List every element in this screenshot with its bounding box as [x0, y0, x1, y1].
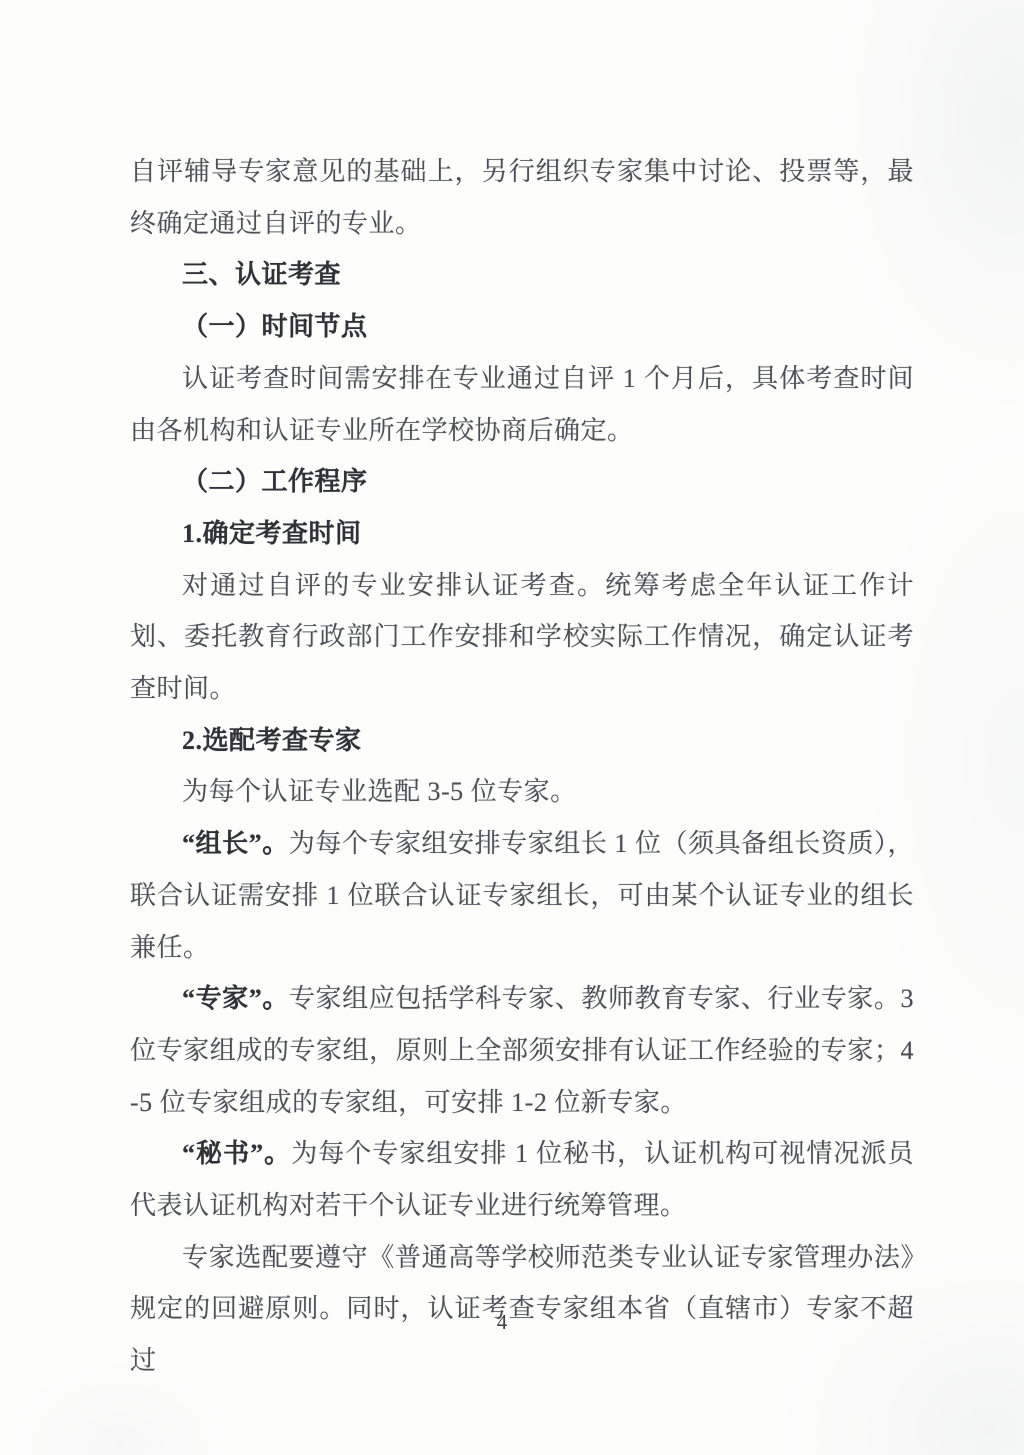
paragraph-term-secretary: “秘书”。为每个专家组安排 1 位秘书，认证机构可视情况派员代表认证机构对若干个…: [130, 1128, 914, 1231]
paragraph-term-group-leader: “组长”。为每个专家组安排专家组长 1 位（须具备组长资质），联合认证需安排 1…: [130, 818, 914, 973]
term-secretary: “秘书”。: [182, 1139, 291, 1168]
subsection-heading-2-work-procedure: （二）工作程序: [130, 456, 914, 508]
item-heading-2-select-experts: 2.选配考查专家: [130, 715, 914, 767]
document-page: 自评辅导专家意见的基础上，另行组织专家集中讨论、投票等，最终确定通过自评的专业。…: [0, 0, 1024, 1455]
text-block: 自评辅导专家意见的基础上，另行组织专家集中讨论、投票等，最终确定通过自评的专业。…: [130, 146, 914, 1387]
item-heading-1-confirm-time: 1.确定考查时间: [130, 508, 914, 560]
term-expert: “专家”。: [182, 984, 289, 1013]
paragraph-confirm-time: 对通过自评的专业安排认证考查。统筹考虑全年认证工作计划、委托教育行政部门工作安排…: [130, 560, 914, 715]
section-heading-3: 三、认证考查: [130, 249, 914, 301]
paragraph-continuation: 自评辅导专家意见的基础上，另行组织专家集中讨论、投票等，最终确定通过自评的专业。: [130, 146, 914, 249]
page-footer: 4: [0, 1310, 1004, 1335]
subsection-heading-1-time-node: （一）时间节点: [130, 301, 914, 353]
paragraph-time-node: 认证考查时间需安排在专业通过自评 1 个月后，具体考查时间由各机构和认证专业所在…: [130, 353, 914, 456]
paragraph-expert-count: 为每个认证专业选配 3-5 位专家。: [130, 766, 914, 818]
paragraph-term-expert: “专家”。专家组应包括学科专家、教师教育专家、行业专家。3 位专家组成的专家组，…: [130, 973, 914, 1128]
term-group-leader: “组长”。: [182, 829, 289, 858]
page-number: 4: [497, 1310, 508, 1334]
